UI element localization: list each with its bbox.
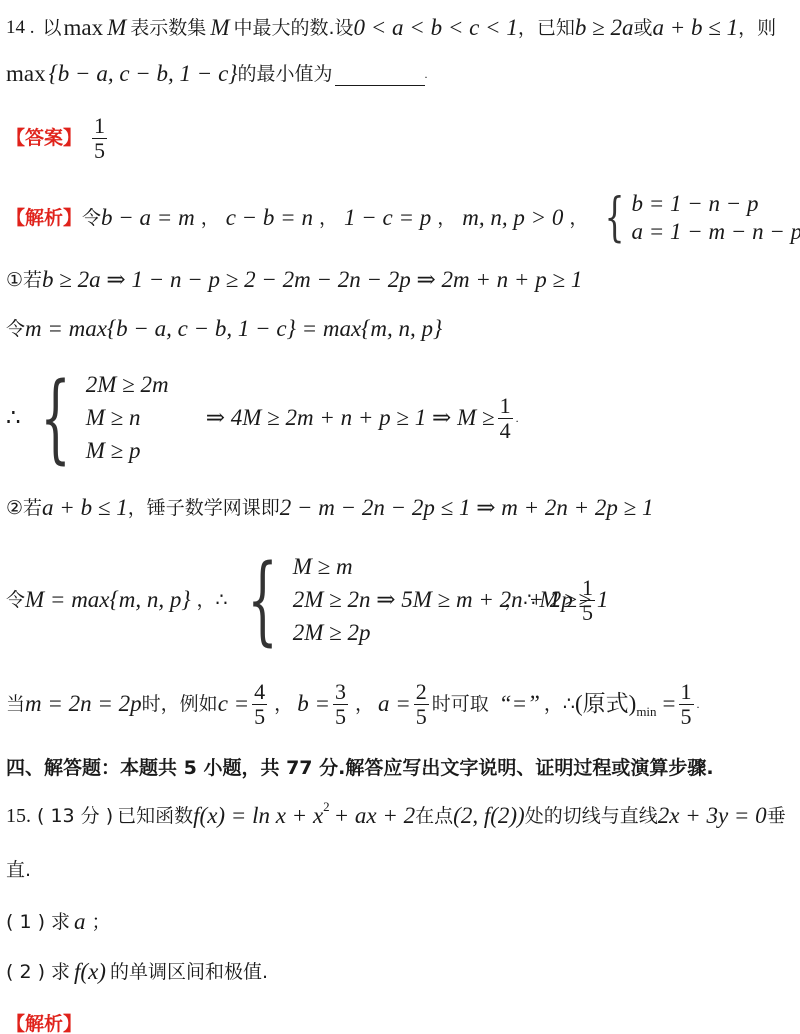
denominator: 5 bbox=[92, 139, 107, 163]
math: 2 − m − 2n − 2p ≤ 1 ⇒ m + 2n + 2p ≥ 1 bbox=[280, 494, 654, 522]
fraction: 1 5 bbox=[679, 680, 694, 729]
text: ， bbox=[201, 204, 220, 232]
system-row: 2M ≥ 2m bbox=[86, 371, 206, 399]
math: 1 − c = p bbox=[344, 204, 431, 232]
math: 2x + 3y = 0 bbox=[658, 802, 767, 830]
math: {b − a, c − b, 1 − c} bbox=[49, 60, 238, 88]
math: f(x) bbox=[74, 958, 106, 986]
numerator: 4 bbox=[252, 680, 267, 705]
text: 表示数集 bbox=[130, 14, 206, 42]
text: ， bbox=[355, 690, 374, 718]
text: ， bbox=[437, 204, 456, 232]
math: f(x) = ln x + x bbox=[193, 802, 323, 830]
answer-block: 【答案】 1 5 bbox=[6, 110, 110, 166]
text: 令 bbox=[6, 315, 25, 343]
text: 直. bbox=[6, 856, 31, 884]
math: M = max{m, n, p} bbox=[25, 586, 191, 614]
left-brace: { bbox=[605, 190, 625, 246]
text: 中最大的数.设 bbox=[233, 14, 353, 42]
left-brace: { bbox=[247, 553, 278, 647]
text: ，锤子数学网课即 bbox=[128, 494, 280, 522]
text: ，∴ bbox=[197, 586, 228, 614]
text: ，则 bbox=[738, 14, 776, 42]
case-2-system: 令 M = max{m, n, p} ，∴ { M ≥ m 2M ≥ 2n ⇒ … bbox=[6, 550, 598, 650]
text: . bbox=[697, 690, 700, 718]
analysis-label: 【解析】 bbox=[6, 1010, 82, 1034]
denominator: 5 bbox=[679, 705, 694, 729]
answer-fraction: 1 5 bbox=[92, 114, 107, 163]
math: ⇒ 4M ≥ 2m + n + p ≥ 1 ⇒ M ≥ bbox=[206, 404, 495, 432]
math: m, n, p > 0 bbox=[462, 204, 563, 232]
text: 当 bbox=[6, 690, 25, 718]
system-row: a = 1 − m − n − p bbox=[631, 218, 800, 246]
question-2: ( 2 ) 求 f(x) 的单调区间和极值. bbox=[6, 958, 268, 986]
fraction: 1 4 bbox=[498, 394, 513, 443]
problem-15-statement: 15. ( 13 分 ) 已知函数 f(x) = ln x + x 2 + ax… bbox=[6, 802, 786, 830]
text: ①若 bbox=[6, 266, 42, 294]
answer-label: 【答案】 bbox=[6, 124, 82, 152]
fraction: 1 5 bbox=[580, 576, 595, 625]
math: b ≥ 2a ⇒ 1 − n − p ≥ 2 − 2m − 2n − 2p ⇒ … bbox=[42, 266, 582, 294]
section-heading: 四、解答题：本题共 5 小题，共 77 分.解答应写出文字说明、证明过程或演算步… bbox=[6, 754, 714, 782]
therefore-symbol: ∴ bbox=[6, 404, 21, 432]
text: 令 bbox=[82, 204, 101, 232]
denominator: 5 bbox=[252, 705, 267, 729]
math: + ax + 2 bbox=[334, 802, 416, 830]
problem-14-statement-line2: max {b − a, c − b, 1 − c} 的最小值为 . bbox=[6, 60, 428, 88]
equation-system: { 2M ≥ 2m M ≥ n M ≥ p bbox=[25, 371, 206, 465]
problem-number: 15. bbox=[6, 802, 31, 830]
text: 已知函数 bbox=[117, 802, 193, 830]
math: (2, f(2)) bbox=[453, 802, 525, 830]
denominator: 4 bbox=[498, 419, 513, 443]
math: M bbox=[107, 14, 126, 42]
math: a + b ≤ 1 bbox=[652, 14, 738, 42]
math: M ≥ bbox=[539, 586, 577, 614]
text: ，∴ bbox=[504, 586, 535, 614]
numerator: 1 bbox=[679, 680, 694, 705]
text: 时可取 bbox=[432, 690, 489, 718]
problem-15-statement-cont: 直. bbox=[6, 856, 31, 884]
math: m = max{b − a, c − b, 1 − c} = max{m, n,… bbox=[25, 315, 442, 343]
answer-blank bbox=[335, 63, 425, 86]
problem-number: 14 . bbox=[6, 14, 35, 42]
math: (原式) bbox=[575, 690, 636, 718]
math: b ≥ 2a bbox=[575, 14, 634, 42]
text: 或 bbox=[633, 14, 652, 42]
numerator: 3 bbox=[333, 680, 348, 705]
problem-14-statement-line1: 14 . 以 max M 表示数集 M 中最大的数.设 0 < a < b < … bbox=[6, 14, 776, 42]
numerator: 2 bbox=[414, 680, 429, 705]
left-brace: { bbox=[40, 371, 71, 465]
problem-15-analysis: 【解析】 bbox=[6, 1010, 82, 1034]
superscript: 2 bbox=[323, 793, 330, 821]
case-1-let: 令 m = max{b − a, c − b, 1 − c} = max{m, … bbox=[6, 315, 442, 343]
math: a bbox=[74, 908, 86, 936]
fraction: 2 5 bbox=[414, 680, 429, 729]
text: ，已知 bbox=[518, 14, 575, 42]
system-row: b = 1 − n − p bbox=[631, 190, 800, 218]
math: max bbox=[64, 14, 104, 42]
question-1: ( 1 ) 求 a ； bbox=[6, 908, 111, 936]
analysis-intro: 【解析】 令 b − a = m ， c − b = n ， 1 − c = p… bbox=[6, 190, 800, 246]
math: M bbox=[210, 14, 229, 42]
equality-case: 当 m = 2n = 2p 时，例如 c = 4 5 ， b = 3 5 ， a… bbox=[6, 676, 700, 732]
numerator: 1 bbox=[498, 394, 513, 419]
text: ； bbox=[92, 908, 111, 936]
math: a + b ≤ 1 bbox=[42, 494, 128, 522]
system-row: M ≥ n bbox=[86, 404, 206, 432]
text: ，∴ bbox=[544, 690, 575, 718]
system-row: 2M ≥ 2p bbox=[293, 619, 609, 647]
section-4-title: 四、解答题：本题共 5 小题，共 77 分.解答应写出文字说明、证明过程或演算步… bbox=[6, 754, 714, 782]
text: ( 1 ) 求 bbox=[6, 908, 70, 936]
text: ( 2 ) 求 bbox=[6, 958, 70, 986]
math: b − a = m bbox=[101, 204, 195, 232]
text: 处的切线与直线 bbox=[525, 802, 658, 830]
text: ， bbox=[569, 204, 588, 232]
text: 以 bbox=[43, 14, 62, 42]
denominator: 5 bbox=[580, 601, 595, 625]
denominator: 5 bbox=[333, 705, 348, 729]
system-row: M ≥ m bbox=[293, 553, 609, 581]
fraction: 4 5 bbox=[252, 680, 267, 729]
math: c = bbox=[218, 690, 249, 718]
text: 的单调区间和极值. bbox=[110, 958, 268, 986]
fraction: 3 5 bbox=[333, 680, 348, 729]
text: 的最小值为 bbox=[237, 60, 332, 88]
numerator: 1 bbox=[580, 576, 595, 601]
analysis-label: 【解析】 bbox=[6, 204, 82, 232]
numerator: 1 bbox=[92, 114, 107, 139]
text: 在点 bbox=[415, 802, 453, 830]
text: 令 bbox=[6, 586, 25, 614]
equation-system: { b = 1 − n − p a = 1 − m − n − p bbox=[598, 190, 800, 246]
math: b = bbox=[297, 690, 330, 718]
case-1-system: ∴ { 2M ≥ 2m M ≥ n M ≥ p ⇒ 4M ≥ 2m + n + … bbox=[6, 368, 519, 468]
math: = bbox=[663, 690, 676, 718]
text: 时，例如 bbox=[142, 690, 218, 718]
case-1-condition: ①若 b ≥ 2a ⇒ 1 − n − p ≥ 2 − 2m − 2n − 2p… bbox=[6, 266, 582, 294]
math: 0 < a < b < c < 1 bbox=[354, 14, 518, 42]
text: ， bbox=[274, 690, 293, 718]
text: 垂 bbox=[767, 802, 786, 830]
math: c − b = n bbox=[226, 204, 313, 232]
text: . bbox=[425, 60, 428, 88]
math: “=” bbox=[499, 690, 540, 718]
math: m = 2n = 2p bbox=[25, 690, 142, 718]
text: ②若 bbox=[6, 494, 42, 522]
denominator: 5 bbox=[414, 705, 429, 729]
text: ， bbox=[319, 204, 338, 232]
points: ( 13 分 ) bbox=[37, 802, 113, 830]
system-row: M ≥ p bbox=[86, 437, 206, 465]
math: a = bbox=[378, 690, 411, 718]
text: . bbox=[516, 404, 519, 432]
math: max bbox=[6, 60, 46, 88]
subscript: min bbox=[636, 698, 656, 726]
case-2-condition: ②若 a + b ≤ 1 ，锤子数学网课即 2 − m − 2n − 2p ≤ … bbox=[6, 494, 654, 522]
